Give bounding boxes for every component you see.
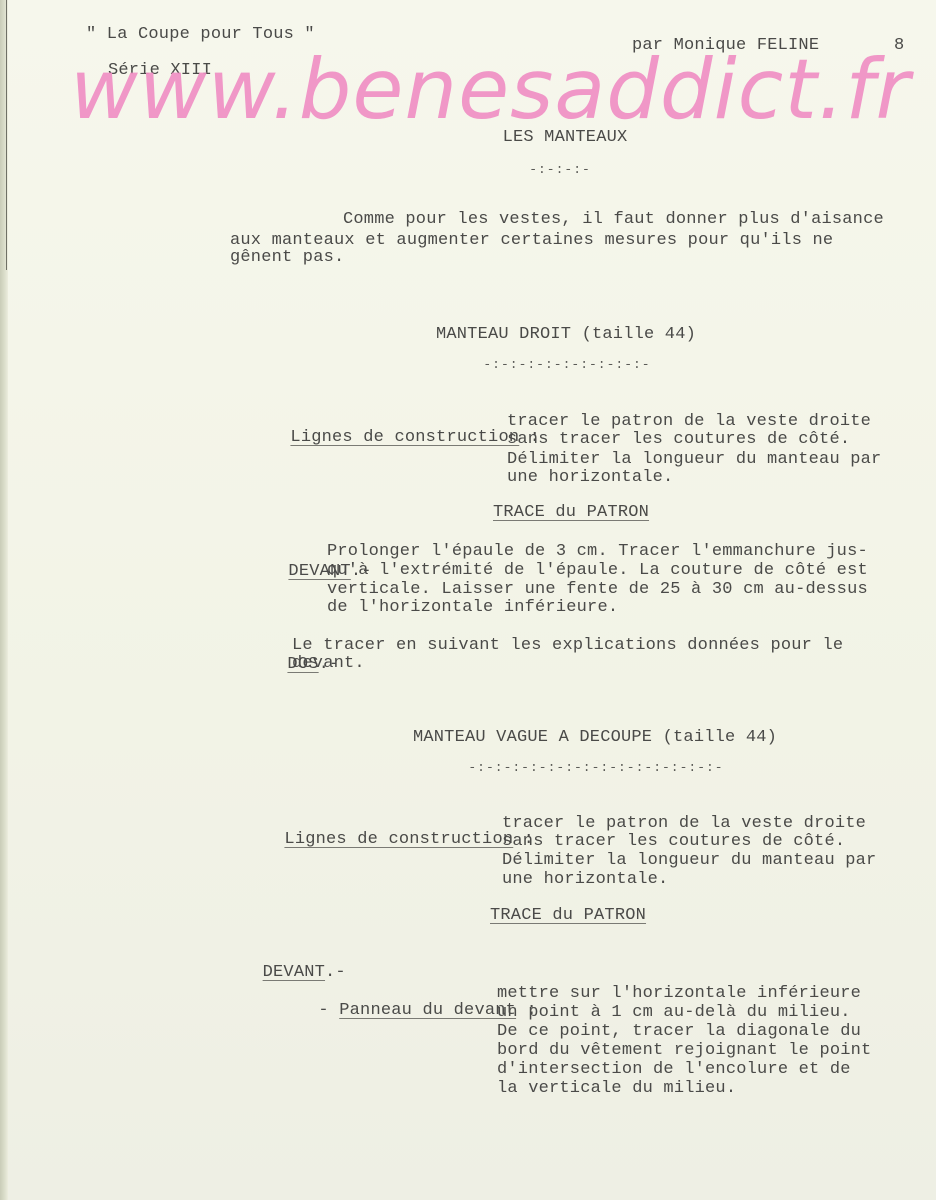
section-title-manteau-vague: MANTEAU VAGUE A DECOUPE (taille 44) [0, 728, 936, 748]
construction-line: sans tracer les coutures de côté. [507, 430, 850, 450]
devant-line: verticale. Laisser une fente de 25 à 30 … [327, 580, 868, 600]
dos-line: devant. [292, 654, 365, 674]
trace-title-manteau-droit: TRACE du PATRON [493, 503, 649, 523]
devant-line: qu'à l'extrémité de l'épaule. La couture… [327, 561, 868, 581]
construction-line: tracer le patron de la veste droite [507, 412, 871, 432]
devant-line: Prolonger l'épaule de 3 cm. Tracer l'emm… [327, 542, 868, 562]
dos-line: Le tracer en suivant les explications do… [292, 636, 843, 656]
devant-suffix: .- [325, 963, 346, 982]
construction-line: tracer le patron de la veste droite [502, 814, 866, 834]
construction-label: Lignes de construction [290, 428, 519, 447]
panneau-line: un point à 1 cm au-delà du milieu. [497, 1003, 851, 1023]
section-title-manteau-droit: MANTEAU DROIT (taille 44) [0, 325, 936, 345]
panneau-line: d'intersection de l'encolure et de [497, 1060, 851, 1080]
construction-line: une horizontale. [502, 870, 668, 890]
panneau-line: De ce point, tracer la diagonale du [497, 1022, 861, 1042]
construction-line: Délimiter la longueur du manteau par [507, 450, 881, 470]
intro-line-1: Comme pour les vestes, il faut donner pl… [343, 210, 884, 230]
section-divider-manteau-vague: -:-:-:-:-:-:-:-:-:-:-:-:-:-:- [0, 758, 936, 778]
document-page: " La Coupe pour Tous " Série XIII par Mo… [0, 0, 936, 1200]
section-divider-manteau-droit: -:-:-:-:-:-:-:-:-:- [0, 355, 936, 375]
construction-label: Lignes de construction [284, 830, 513, 849]
panneau-line: la verticale du milieu. [497, 1079, 736, 1099]
panneau-prefix: - [318, 1001, 339, 1020]
panneau-line: mettre sur l'horizontale inférieure [497, 984, 861, 1004]
panneau-line: bord du vêtement rejoignant le point [497, 1041, 871, 1061]
construction-line: Délimiter la longueur du manteau par [502, 851, 876, 871]
intro-line-3: gênent pas. [230, 248, 344, 268]
devant-label: DEVANT [263, 963, 325, 982]
watermark-text: www.benesaddict.fr [70, 40, 911, 140]
construction-line: une horizontale. [507, 468, 673, 488]
main-title-divider: -:-:-:- [0, 160, 936, 180]
devant-line: de l'horizontale inférieure. [327, 598, 618, 618]
construction-line: sans tracer les coutures de côté. [502, 832, 845, 852]
trace-title-manteau-vague: TRACE du PATRON [490, 906, 646, 926]
panneau-label: Panneau du devant [339, 1001, 516, 1020]
